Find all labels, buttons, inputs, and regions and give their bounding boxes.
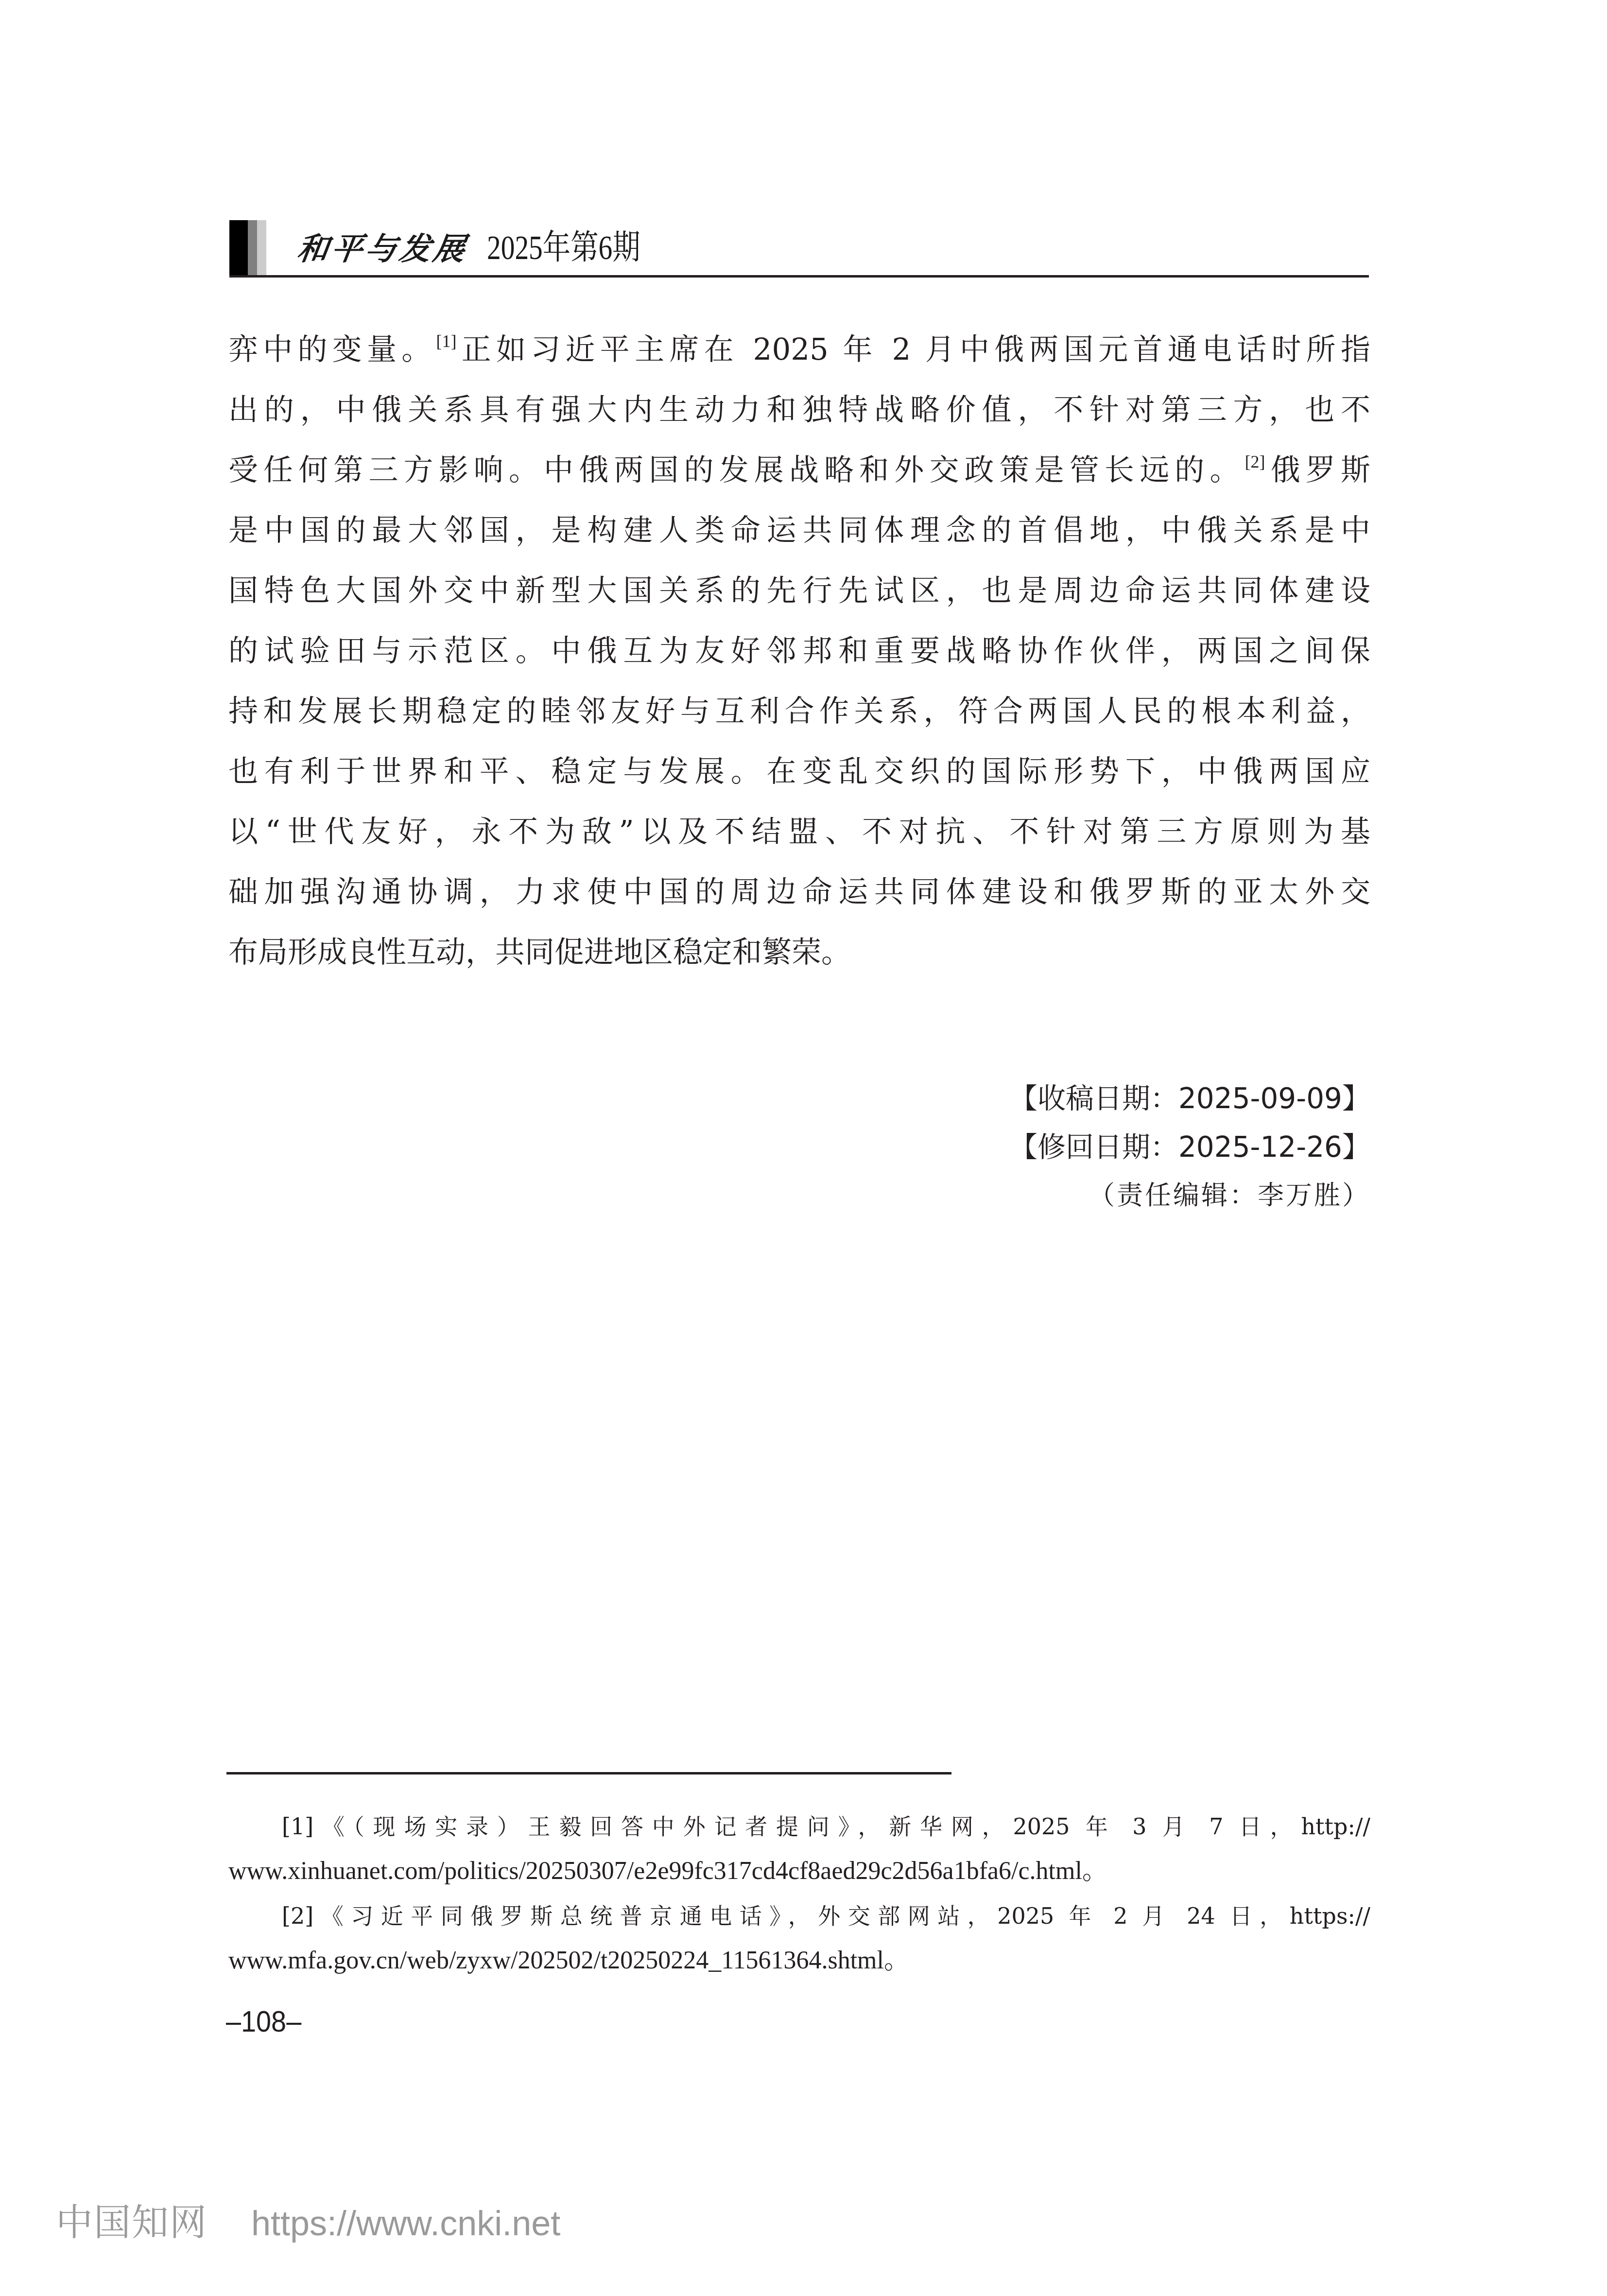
body-line: 出的，中俄关系具有强大内生动力和独特战略价值，不针对第三方，也不	[228, 380, 1370, 440]
header-bar-light	[257, 220, 266, 276]
journal-title: 和平与发展	[294, 227, 471, 271]
page-number: –108–	[226, 2000, 301, 2044]
body-line: 础加强沟通协调，力求使中国的周边命运共同体建设和俄罗斯的亚太外交	[228, 862, 1370, 922]
footnote-rule	[226, 1772, 951, 1774]
revised-date: 【修回日期：2025-12-26】	[1009, 1123, 1370, 1171]
header-bar-black	[229, 220, 248, 276]
cnki-watermark: 中国知网https://www.cnki.net	[56, 2193, 560, 2246]
watermark-name: 中国知网	[56, 2201, 207, 2244]
footnote-2-url[interactable]: www.mfa.gov.cn/web/zyxw/202502/t20250224…	[228, 1938, 1370, 1983]
footnote-ref-1[interactable]: [1]	[436, 331, 457, 351]
body-line: 也有利于世界和平、稳定与发展。在变乱交织的国际形势下，中俄两国应	[228, 742, 1370, 802]
article-dates: 【收稿日期：2025-09-09】 【修回日期：2025-12-26】 （责任编…	[1009, 1074, 1370, 1220]
footnote-1: [1]《（现场实录）王毅回答中外记者提问》，新华网，2025 年 3 月 7 日…	[228, 1804, 1370, 1849]
header-bar-gray	[248, 220, 257, 276]
watermark-url[interactable]: https://www.cnki.net	[251, 2204, 560, 2243]
header-rule	[229, 275, 1369, 278]
footnotes: [1]《（现场实录）王毅回答中外记者提问》，新华网，2025 年 3 月 7 日…	[228, 1804, 1370, 1983]
body-line: 是中国的最大邻国，是构建人类命运共同体理念的首倡地，中俄关系是中	[228, 501, 1370, 561]
body-line: 受任何第三方影响。中俄两国的发展战略和外交政策是管长远的。[2]俄罗斯	[228, 440, 1370, 501]
body-line: 布局形成良性互动，共同促进地区稳定和繁荣。	[228, 922, 1370, 983]
body-line: 的试验田与示范区。中俄互为友好邻邦和重要战略协作伙伴，两国之间保	[228, 621, 1370, 681]
body-line: 国特色大国外交中新型大国关系的先行先试区，也是周边命运共同体建设	[228, 561, 1370, 621]
footnote-1-url[interactable]: www.xinhuanet.com/politics/20250307/e2e9…	[228, 1849, 1370, 1894]
footnote-marker: [2]	[282, 1903, 313, 1929]
body-line: 以“世代友好，永不为敌”以及不结盟、不对抗、不针对第三方原则为基	[228, 802, 1370, 862]
body-line: 持和发展长期稳定的睦邻友好与互利合作关系，符合两国人民的根本利益，	[228, 681, 1370, 742]
footnote-ref-2[interactable]: [2]	[1245, 452, 1265, 471]
received-date: 【收稿日期：2025-09-09】	[1009, 1074, 1370, 1123]
body-line: 弈中的变量。[1]正如习近平主席在 2025 年 2 月中俄两国元首通电话时所指	[228, 320, 1370, 380]
footnote-marker: [1]	[282, 1813, 313, 1840]
responsible-editor: （责任编辑：李万胜）	[1009, 1171, 1370, 1220]
body-paragraph: 弈中的变量。[1]正如习近平主席在 2025 年 2 月中俄两国元首通电话时所指…	[228, 320, 1370, 983]
issue-label: 2025年第6期	[487, 226, 640, 270]
footnote-2: [2]《习近平同俄罗斯总统普京通电话》，外交部网站，2025 年 2 月 24 …	[228, 1894, 1370, 1938]
